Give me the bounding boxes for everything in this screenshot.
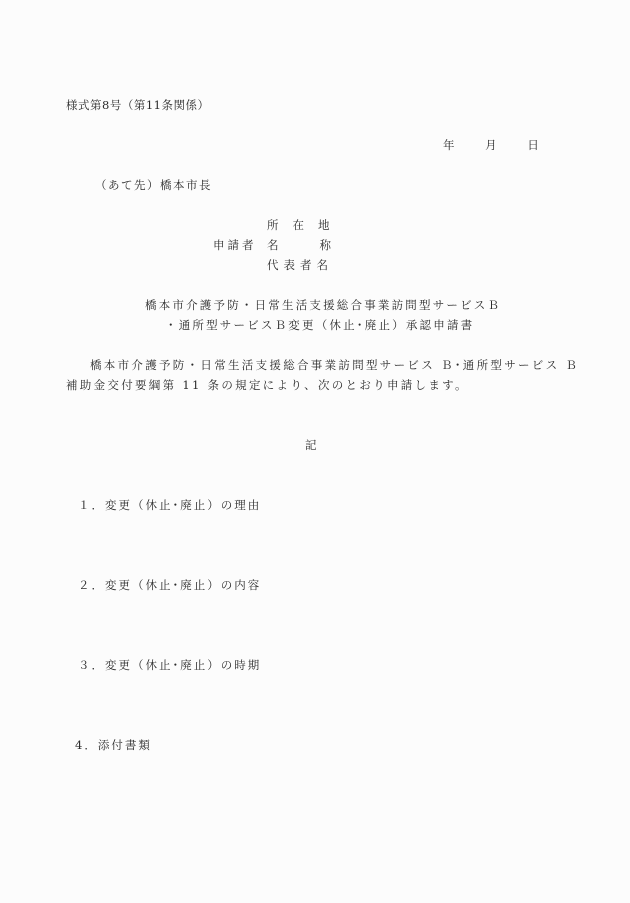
date-year-label: 年 (443, 137, 455, 153)
item-change-timing: ３．変更（休止･廃止）の時期 (78, 657, 261, 673)
name-char-1: 名 (267, 237, 279, 253)
address-char-3: 地 (318, 217, 330, 233)
item-change-content: ２．変更（休止･廃止）の内容 (78, 577, 261, 593)
document-title-line-2: ・通所型サービスＢ変更（休止･廃止）承認申請書 (165, 317, 474, 333)
body-text-line-2: 補助金交付要綱第 11 条の規定により、次のとおり申請します。 (66, 377, 469, 393)
body-text-line-1: 橋本市介護予防・日常生活支援総合事業訪問型サービス Ｂ･通所型サービス Ｂ (90, 357, 579, 373)
rep-char-3: 者 (300, 257, 312, 273)
address-char-1: 所 (267, 217, 279, 233)
item-change-reason: １．変更（休止･廃止）の理由 (78, 497, 261, 513)
applicant-name-label: 名称 (267, 237, 331, 253)
applicant-address-label: 所在地 (267, 217, 330, 233)
addressee: （あて先）橋本市長 (95, 177, 212, 193)
applicant-label: 申請者 (213, 237, 257, 253)
address-char-2: 在 (293, 217, 305, 233)
date-month-label: 月 (485, 137, 497, 153)
rep-char-4: 名 (317, 257, 329, 273)
date-line: 年 月 日 (443, 137, 539, 153)
applicant-representative-label: 代表者名 (267, 257, 328, 273)
date-day-label: 日 (527, 137, 539, 153)
rep-char-1: 代 (267, 257, 279, 273)
document-title-line-1: 橋本市介護予防・日常生活支援総合事業訪問型サービスＢ (145, 297, 501, 313)
item-attachments: 4．添付書類 (75, 737, 152, 753)
form-number: 様式第8号（第11条関係） (66, 97, 209, 113)
ki-heading: 記 (305, 437, 317, 453)
rep-char-2: 表 (284, 257, 296, 273)
name-char-2: 称 (320, 237, 332, 253)
